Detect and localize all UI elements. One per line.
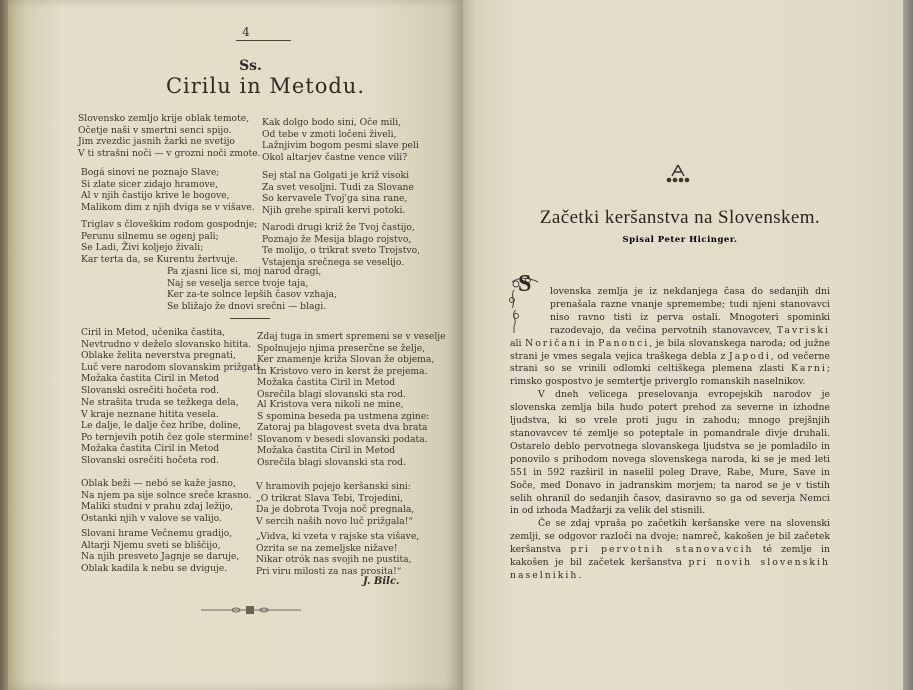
- poem-superscript: Ss.: [8, 58, 463, 74]
- ornamental-initial: S: [508, 276, 548, 334]
- article-title: Začetki keršanstva na Slovenskem.: [470, 207, 890, 229]
- stanza: Pa zjasni lice si, moj narod dragi,Naj s…: [167, 266, 337, 312]
- stanza: Slovensko zemljo krije oblak temote,Očet…: [78, 113, 261, 159]
- poem-signature: J. Bilc.: [363, 576, 400, 587]
- stanza: Oblak beži — nebó se kaže jasno,Na njem …: [81, 478, 251, 524]
- paragraph: Če se zdaj vpraša po začetkih keršanske …: [510, 518, 830, 583]
- stanza: Al Kristova vera nikoli ne mine,S spomin…: [257, 399, 429, 469]
- left-page: 4 Ss. Cirilu in Metodu. Slovensko zemljo…: [8, 0, 463, 690]
- stanza: „Vidva, ki vzeta v rajske sta višave,Ozr…: [256, 531, 419, 577]
- stanza: Slovani hrame Večnemu gradijo,Altarji Nj…: [81, 528, 239, 574]
- ornament-divider-icon: [201, 605, 301, 615]
- section-rule: [230, 318, 270, 319]
- drop-cap-letter: S: [518, 278, 531, 291]
- stanza: Narodi drugi križ že Tvoj častijo,Poznaj…: [262, 222, 420, 268]
- stanza: Zdaj tuga in smert spremeni se v veselje…: [257, 331, 446, 401]
- paragraph: V dneh velicega preselovanja evropejskih…: [510, 389, 830, 518]
- stanza: V hramovih pojejo keršanski sini:„O trik…: [256, 481, 414, 527]
- ornament-vignette-icon: [663, 163, 693, 185]
- book-edge-left: [0, 0, 8, 690]
- stanza: Sej stal na Golgati je križ visokiZa sve…: [262, 170, 414, 216]
- stanza: Ne strašita truda se težkega dela,V kraj…: [81, 397, 253, 467]
- page-number-rule: [236, 40, 291, 41]
- article-byline: Spisal Peter Hicinger.: [470, 235, 890, 245]
- stanza: Triglav s človeškim rodom gospodnje;Peru…: [81, 219, 257, 265]
- open-book: 4 Ss. Cirilu in Metodu. Slovensko zemljo…: [0, 0, 913, 690]
- stanza: Kak dolgo bodo sini, Oče mili,Od tebe v …: [262, 117, 419, 163]
- stanza: Bogá sinovi ne poznajo Slave;Si zlate si…: [81, 167, 255, 213]
- book-edge-right: [903, 0, 913, 690]
- article-body: S lovenska zemlja je iz nekdanjega časa …: [510, 286, 830, 583]
- stanza: Ciril in Metod, učenika častita,Nevtrudn…: [81, 327, 262, 397]
- paragraph: S lovenska zemlja je iz nekdanjega časa …: [510, 286, 830, 389]
- poem-title: Cirilu in Metodu.: [8, 74, 463, 98]
- page-number: 4: [226, 25, 266, 39]
